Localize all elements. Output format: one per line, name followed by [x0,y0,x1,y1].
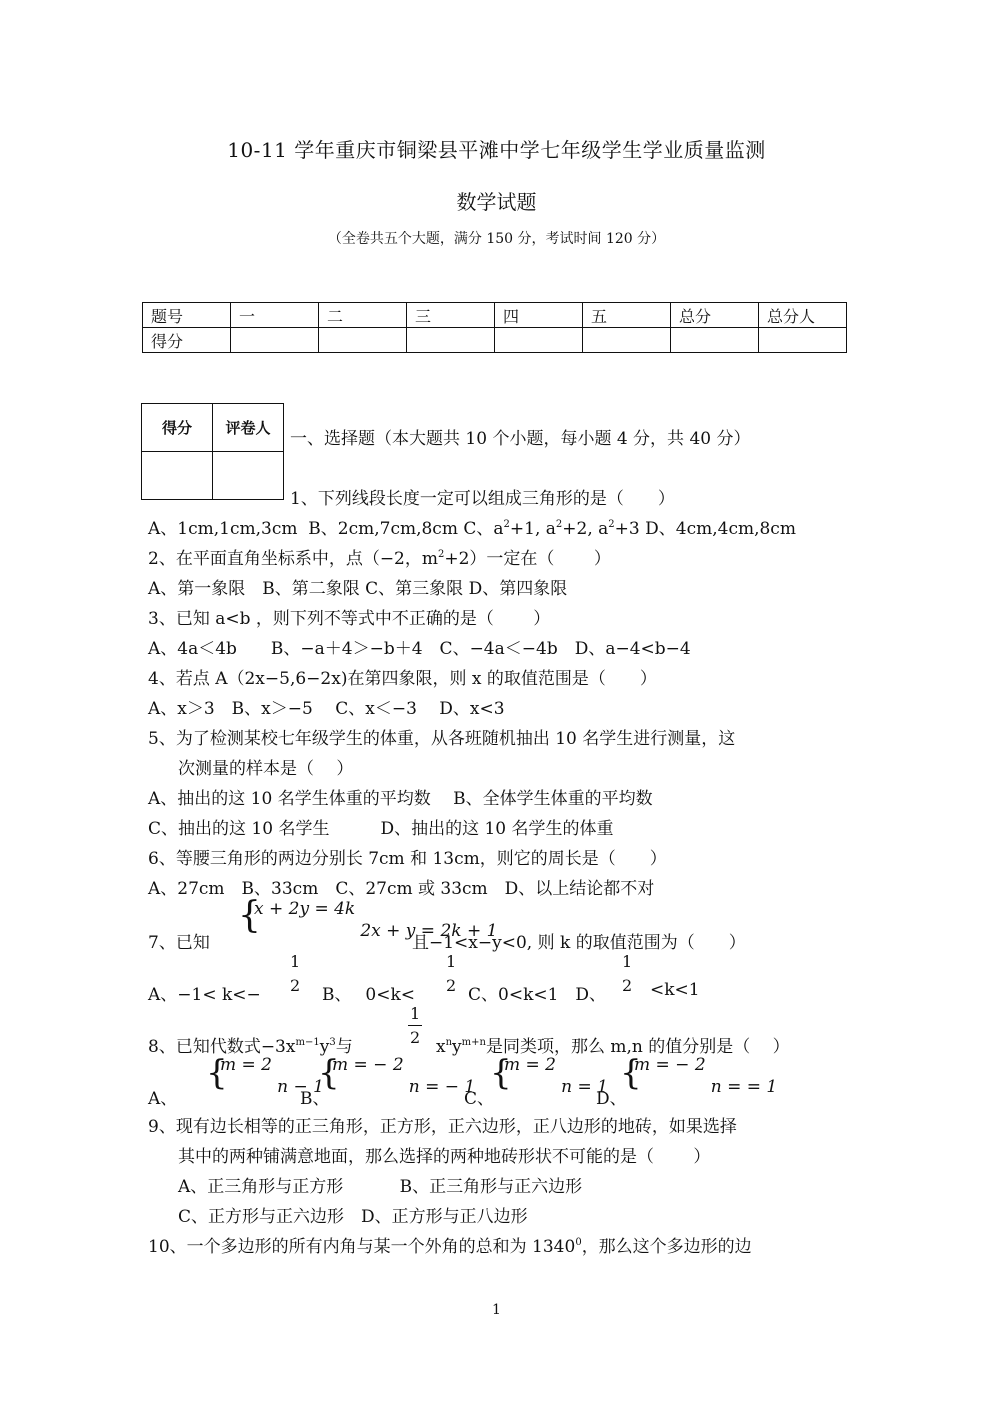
q7-b-frac-den: 2 [446,976,456,995]
score-cell: 二 [319,303,407,328]
grader-name-cell [213,452,284,500]
q7-b-frac-num: 1 [446,952,456,971]
score-cell [671,328,759,353]
score-cell: 总分 [671,303,759,328]
q7-a-frac-num: 1 [290,952,300,971]
question-9-options-ab: A、正三角形与正方形 B、正三角形与正六边形 [178,1172,582,1197]
q7-eq1: x + 2y = 4k [254,900,355,919]
score-cell: 三 [407,303,495,328]
question-6-stem: 6、等腰三角形的两边分别长 7cm 和 13cm，则它的周长是（ ） [148,844,667,869]
q1-option-a: A、1cm,1cm,3cm [148,519,297,539]
q7-option-b: B、 0<k< [322,980,415,1005]
score-cell: 一 [231,303,319,328]
q8-option-a-label: A、 [148,1084,177,1109]
exam-title: 10-11 学年重庆市铜梁县平滩中学七年级学生学业质量监测 [0,134,993,163]
q7-d-frac-den: 2 [622,976,632,995]
grader-box: 得分 评卷人 [141,403,284,500]
grader-name-label: 评卷人 [213,404,284,452]
exam-subtitle: 数学试题 [0,186,993,215]
score-cell [231,328,319,353]
q8-option-c-system: { m = 2 n = 1 [490,1055,594,1075]
q1-option-d: D、4cm,4cm,8cm [645,519,796,539]
score-cell: 得分 [143,328,231,353]
question-5-stem: 5、为了检测某校七年级学生的体重，从各班随机抽出 10 名学生进行测量，这 [148,724,735,749]
score-cell [759,328,847,353]
grader-score-cell [142,452,213,500]
question-6-options: A、27cm B、33cm C、27cm 或 33cm D、以上结论都不对 [148,874,654,899]
question-2-options: A、第一象限 B、第二象限 C、第三象限 D、第四象限 [148,574,567,599]
q8-frac-num: 1 [410,1004,420,1023]
q8-option-d-system: { m = − 2 n = = 1 [620,1055,763,1075]
q8-frac-den: 2 [410,1028,420,1047]
question-2-stem: 2、在平面直角坐标系中，点（−2，m2+2）一定在（ ） [148,544,611,569]
question-5-options-ab: A、抽出的这 10 名学生体重的平均数 B、全体学生体重的平均数 [148,784,653,809]
question-7-stem: 且−1<x−y<0, 则 k 的取值范围为（ ） [412,928,746,953]
question-3-options: A、4a＜4b B、−a＋4＞−b＋4 C、−4a＜−4b D、a−4<b−4 [148,634,691,659]
grader-score-label: 得分 [142,404,213,452]
q1-option-c: C、a2+1, a2+2, a2+3 [463,519,639,539]
q7-equation-system: { x + 2y = 4k 2x + y = 2k + 1 [238,897,481,917]
q8-frac-bar [408,1025,422,1026]
section-heading: 一、选择题（本大题共 10 个小题，每小题 4 分，共 40 分） [290,424,751,449]
score-table-header-row: 题号 一 二 三 四 五 总分 总分人 [143,303,847,328]
question-9-options-cd: C、正方形与正六边形 D、正方形与正八边形 [178,1202,528,1227]
question-5-stem-cont: 次测量的样本是（ ） [178,754,353,779]
score-cell [407,328,495,353]
question-10-stem: 10、一个多边形的所有内角与某一个外角的总和为 13400，那么这个多边形的边 [148,1232,752,1257]
question-4-options: A、x＞3 B、x＞−5 C、x＜−3 D、x<3 [148,694,505,719]
score-cell [495,328,583,353]
score-cell: 四 [495,303,583,328]
q8-option-b-system: { m = − 2 n = − 1 [318,1055,461,1075]
q7-option-a: A、−1< k<− [148,980,261,1005]
question-5-options-cd: C、抽出的这 10 名学生 D、抽出的这 10 名学生的体重 [148,814,614,839]
score-table-score-row: 得分 [143,328,847,353]
score-cell [319,328,407,353]
score-cell [583,328,671,353]
page-number: 1 [0,1302,993,1318]
question-3-stem: 3、已知 a<b ，则下列不等式中不正确的是（ ） [148,604,550,629]
q7-option-c: C、0<k<1 D、 [468,980,606,1005]
question-9-stem-cont: 其中的两种铺满意地面，那么选择的两种地砖形状不可能的是（ ） [178,1142,710,1167]
question-7-prefix: 7、已知 [148,928,210,953]
question-4-stem: 4、若点 A（2x−5,6−2x)在第四象限，则 x 的取值范围是（ ） [148,664,657,689]
score-cell: 五 [583,303,671,328]
score-table: 题号 一 二 三 四 五 总分 总分人 得分 [142,302,847,353]
q8-option-a-system: { m = 2 n − 1 [206,1055,310,1075]
q7-d-frac-num: 1 [622,952,632,971]
q7-option-d: <k<1 [650,980,700,1000]
score-cell: 题号 [143,303,231,328]
question-9-stem: 9、现有边长相等的正三角形，正方形，正六边形，正八边形的地砖，如果选择 [148,1112,737,1137]
score-cell: 总分人 [759,303,847,328]
exam-note: （全卷共五个大题，满分 150 分，考试时间 120 分） [0,228,993,248]
q1-option-b: B、2cm,7cm,8cm [308,519,458,539]
question-1-stem: 1、下列线段长度一定可以组成三角形的是（ ） [290,484,675,509]
question-1-options: A、1cm,1cm,3cm B、2cm,7cm,8cm C、a2+1, a2+2… [148,514,796,539]
q7-a-frac-den: 2 [290,976,300,995]
